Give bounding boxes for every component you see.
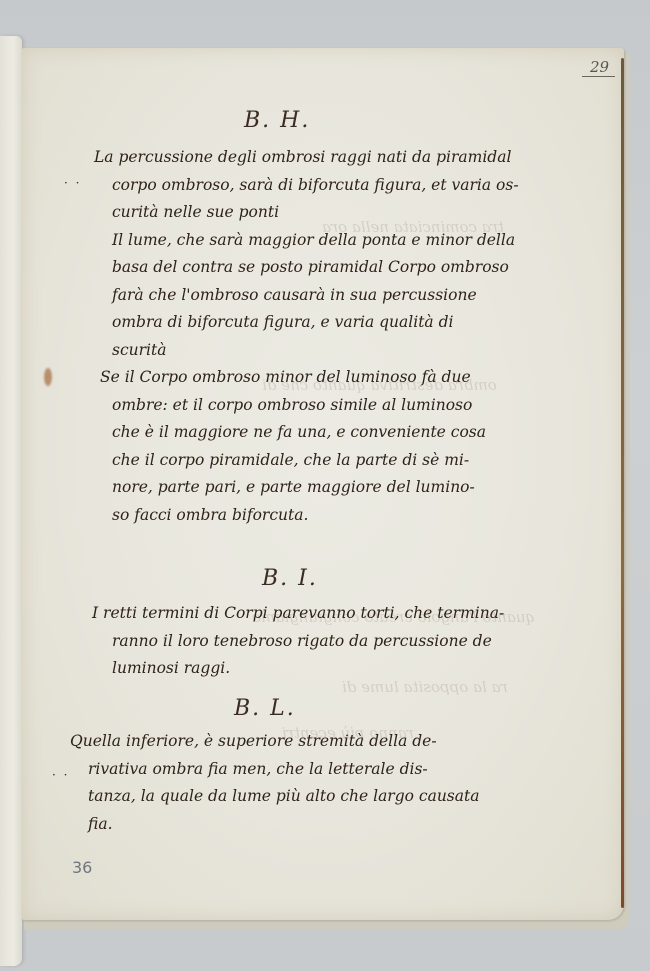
text-line: che è il maggiore ne fa una, e convenien… bbox=[94, 419, 574, 447]
text-line: Se il Corpo ombroso minor del luminoso f… bbox=[94, 364, 574, 392]
text-line: Quella inferiore, è superiore stremità d… bbox=[70, 728, 550, 756]
page-edge bbox=[621, 58, 624, 908]
text-line: ombra di biforcuta figura, e varia quali… bbox=[94, 309, 574, 337]
section-paragraph: La percussione degli ombrosi raggi nati … bbox=[94, 144, 574, 529]
text-line: tanza, la quale da lume più alto che lar… bbox=[70, 783, 550, 811]
section-heading: B. L. bbox=[234, 696, 296, 721]
text-line: La percussione degli ombrosi raggi nati … bbox=[94, 144, 574, 172]
text-line: rivativa ombra fia men, che la letterale… bbox=[70, 756, 550, 784]
margin-mark: · · bbox=[52, 768, 69, 782]
text-line: fia. bbox=[70, 811, 550, 839]
text-line: scurità bbox=[94, 337, 574, 365]
folio-number: 29 bbox=[582, 58, 615, 77]
text-line: ombre: et il corpo ombroso simile al lum… bbox=[94, 392, 574, 420]
section-heading: B. I. bbox=[262, 566, 318, 591]
text-line: I retti termini di Corpi parevanno torti… bbox=[62, 600, 542, 628]
margin-mark: · · bbox=[64, 176, 81, 190]
section-heading: B. H. bbox=[244, 108, 310, 133]
text-line: corpo ombroso, sarà di biforcuta figura,… bbox=[94, 172, 574, 200]
text-line: che il corpo piramidale, che la parte di… bbox=[94, 447, 574, 475]
manuscript-page: tra cominciata nella ora ombra destritiv… bbox=[22, 48, 624, 920]
text-line: luminosi raggi. bbox=[62, 655, 542, 683]
text-line: nore, parte pari, e parte maggiore del l… bbox=[94, 474, 574, 502]
text-line: Il lume, che sarà maggior della ponta e … bbox=[94, 227, 574, 255]
facing-page-edge bbox=[0, 36, 22, 966]
text-line: farà che l'ombroso causarà in sua percus… bbox=[94, 282, 574, 310]
text-line: curità nelle sue ponti bbox=[94, 199, 574, 227]
section-paragraph: Quella inferiore, è superiore stremità d… bbox=[70, 728, 550, 838]
text-line: ranno il loro tenebroso rigato da percus… bbox=[62, 628, 542, 656]
section-paragraph: I retti termini di Corpi parevanno torti… bbox=[62, 600, 542, 683]
text-line: basa del contra se posto piramidal Corpo… bbox=[94, 254, 574, 282]
foxing-stain bbox=[44, 368, 52, 386]
text-line: so facci ombra biforcuta. bbox=[94, 502, 574, 530]
old-folio-number: 36 bbox=[72, 858, 92, 877]
